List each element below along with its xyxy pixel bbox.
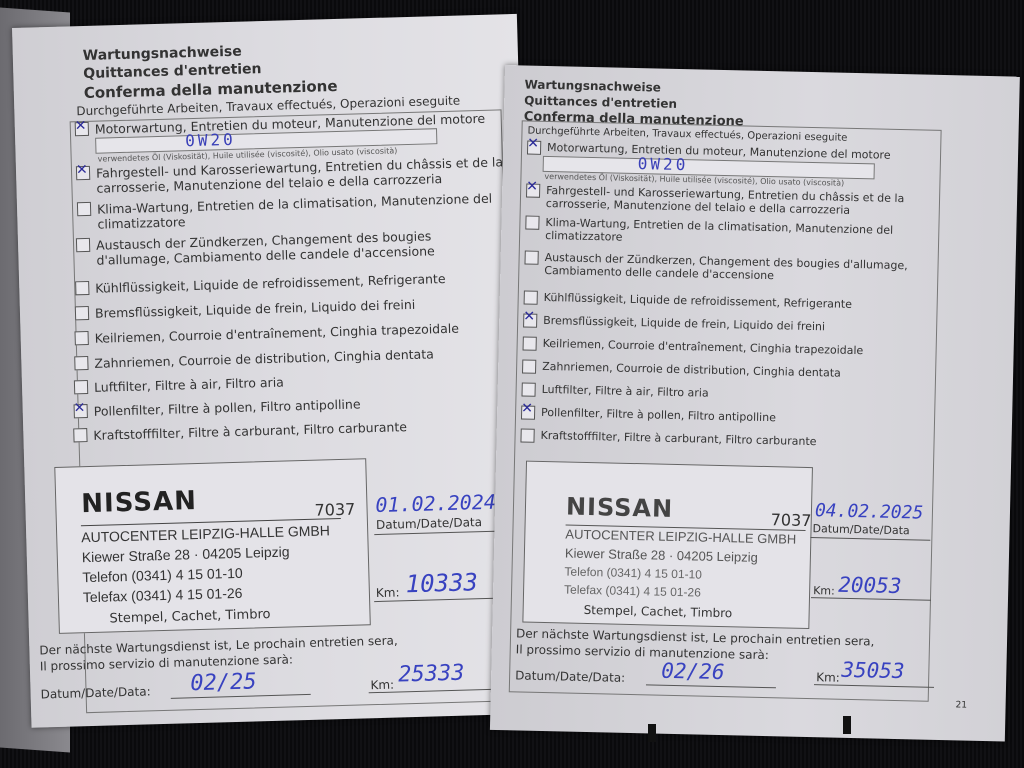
checkbox[interactable]: [75, 281, 89, 295]
stamp-caption: Stempel, Cachet, Timbro: [109, 607, 270, 626]
page-number: 21: [955, 700, 967, 710]
service-record-page-left: Wartungsnachweise Quittances d'entretien…: [12, 14, 536, 728]
checkbox[interactable]: [525, 216, 539, 230]
checkbox[interactable]: [75, 122, 89, 136]
stamp-fax: Telefax (0341) 4 15 01-26: [564, 582, 701, 599]
checkbox[interactable]: [77, 202, 91, 216]
checkbox[interactable]: [520, 428, 534, 442]
heading-de: Wartungsnachweise: [83, 44, 242, 64]
next-km-value: 25333: [398, 661, 465, 688]
next-km-label: Km:: [816, 670, 840, 685]
next-date-value: 02/25: [190, 669, 257, 696]
checkbox[interactable]: [521, 405, 535, 419]
nissan-logo: NISSAN: [566, 493, 674, 523]
page-tab-marker: [843, 716, 851, 734]
next-km-value: 35053: [841, 658, 905, 683]
next-date-value: 02/26: [661, 659, 725, 684]
checkbox[interactable]: [76, 238, 90, 252]
heading-de: Wartungsnachweise: [524, 77, 661, 94]
next-date-label: Datum/Date/Data:: [515, 668, 625, 684]
oil-viscosity-value: 0W20: [185, 130, 236, 150]
checkbox[interactable]: [524, 290, 538, 304]
next-km-label: Km:: [370, 678, 394, 693]
checkbox[interactable]: [527, 141, 541, 155]
nissan-logo: NISSAN: [81, 486, 197, 519]
service-record-page-right: Wartungsnachweise Quittances d'entretien…: [490, 65, 1020, 742]
stamp-phone: Telefon (0341) 4 15 01-10: [564, 564, 702, 581]
dealer-stamp: NISSAN 7037 AUTOCENTER LEIPZIG-HALLE GMB…: [54, 458, 371, 634]
checkbox[interactable]: [74, 380, 88, 394]
checkbox[interactable]: [524, 250, 538, 264]
stamp-address: Kiewer Straße 28 · 04205 Leipzig: [565, 545, 758, 564]
service-km-label: Km:: [813, 584, 835, 597]
service-date-label: Datum/Date/Data: [812, 522, 909, 537]
dealer-number: 7037: [771, 510, 812, 530]
heading-fr: Quittances d'entretien: [524, 93, 677, 110]
service-km-value: 20053: [838, 573, 902, 598]
stamp-fax: Telefax (0341) 4 15 01-26: [83, 585, 243, 605]
checkbox[interactable]: [76, 166, 90, 180]
checkbox[interactable]: [74, 331, 88, 345]
stamp-phone: Telefon (0341) 4 15 01-10: [82, 565, 243, 585]
checkbox[interactable]: [73, 428, 87, 442]
stamp-address: Kiewer Straße 28 · 04205 Leipzig: [82, 543, 290, 565]
checkbox[interactable]: [526, 184, 540, 198]
service-date-value: 01.02.2024: [375, 490, 496, 517]
service-date-value: 04.02.2025: [815, 500, 924, 523]
dealer-stamp: NISSAN 7037 AUTOCENTER LEIPZIG-HALLE GMB…: [522, 461, 813, 629]
service-date-label: Datum/Date/Data: [376, 515, 482, 532]
oil-viscosity-value: 0W20: [638, 154, 689, 174]
checkbox[interactable]: [523, 336, 537, 350]
checkbox[interactable]: [522, 359, 536, 373]
checkbox[interactable]: [75, 306, 89, 320]
checkbox[interactable]: [523, 313, 537, 327]
stamp-caption: Stempel, Cachet, Timbro: [583, 603, 732, 620]
checkbox[interactable]: [521, 382, 535, 396]
checkbox[interactable]: [74, 356, 88, 370]
checkbox[interactable]: [74, 404, 88, 418]
stamp-company: AUTOCENTER LEIPZIG-HALLE GMBH: [81, 522, 330, 545]
service-km-label: Km:: [376, 585, 400, 600]
page-tab-marker: [648, 724, 656, 742]
dealer-number: 7037: [314, 500, 355, 520]
service-km-value: 10333: [405, 568, 478, 598]
